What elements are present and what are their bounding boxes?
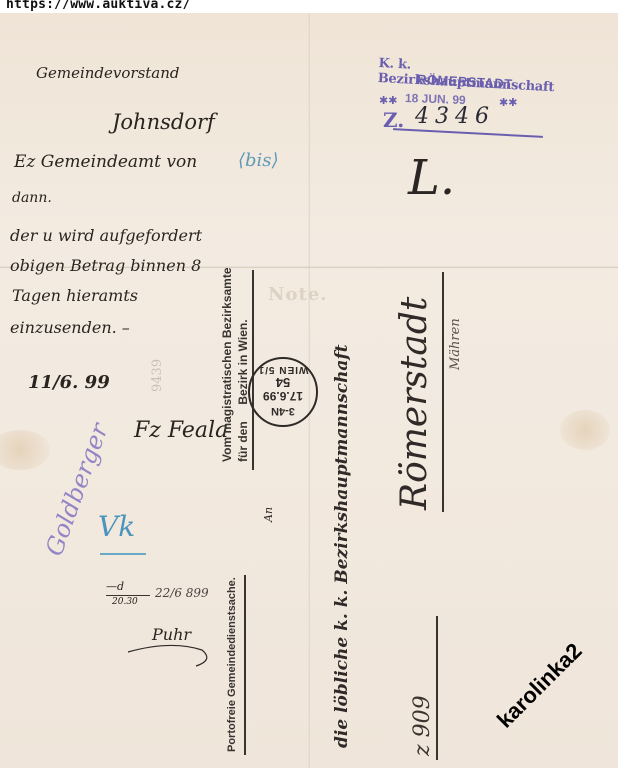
blue-underline [100,553,146,555]
stamp-underline [393,128,543,138]
reference-rule [436,616,438,760]
office-receiving-stamp: K. k. Bezirkshauptmannschaft RÖMERSTADT … [375,52,545,142]
handwritten-line-7: Tagen hieramts [12,286,138,305]
handwritten-line-8: einzusenden. – [10,318,130,337]
paper-stain [560,410,610,450]
handwritten-addressee-1: Gemeindevorstand [36,64,180,82]
bracket-text: bis [245,150,272,171]
blue-initials: Vk [98,510,135,543]
stamp-number: 4346 [415,104,495,129]
stamp-star-icon: ✱✱ [499,96,517,109]
postal-note: Portofreie Gemeindedienstsache. [226,577,238,752]
handwritten-line-4: dann. [12,190,52,206]
handwritten-addressee-2: Johnsdorf [112,110,215,134]
handwritten-line-5: der u wird aufgefordert [10,226,202,245]
handwritten-date: 11/6. 99 [28,372,110,393]
fraction-bottom: 20.30 [112,597,138,607]
postmark-number: 54 [250,375,316,390]
postal-note-rule [244,575,246,755]
recipient-rule [442,272,444,512]
recipient-printed: die löbliche k. k. Bezirkshauptmannschaf… [332,344,352,748]
recipient-region: Mähren [448,318,463,370]
postmark-date: 17.6.99 [250,389,316,403]
handwritten-line-3: Ez Gemeindeamt von [14,152,197,172]
faint-heading: Note. [268,284,328,305]
handwritten-line-6: obigen Betrag binnen 8 [10,256,201,275]
url-bar: https://www.auktiva.cz/ [0,0,618,13]
postmark-time: 3-4N [250,405,316,417]
paraph-flourish [126,640,216,668]
reference-number: z 909 [410,695,435,756]
an-label: An [262,507,275,522]
recipient-place: Römerstadt [394,297,435,510]
office-initial: L. [408,150,455,206]
url-text: https://www.auktiva.cz/ [6,0,191,12]
postmark: 3-4N 17.6.99 54 WIEN 5/1 [248,357,318,427]
handwritten-signature: Fz Feala [134,418,228,443]
fraction-line [106,595,150,596]
file-date: 22/6 899 [155,586,209,600]
blue-bracket-note: ⟨bis⟩ [238,150,279,171]
faint-serial-number: 9439 [150,359,165,392]
postmark-city: WIEN 5/1 [250,364,316,375]
fraction-top: —d [106,580,124,593]
sender-line-1: Vom magistratischen Bezirksamte [220,267,234,462]
stamp-star-icon: ✱✱ [379,94,397,107]
